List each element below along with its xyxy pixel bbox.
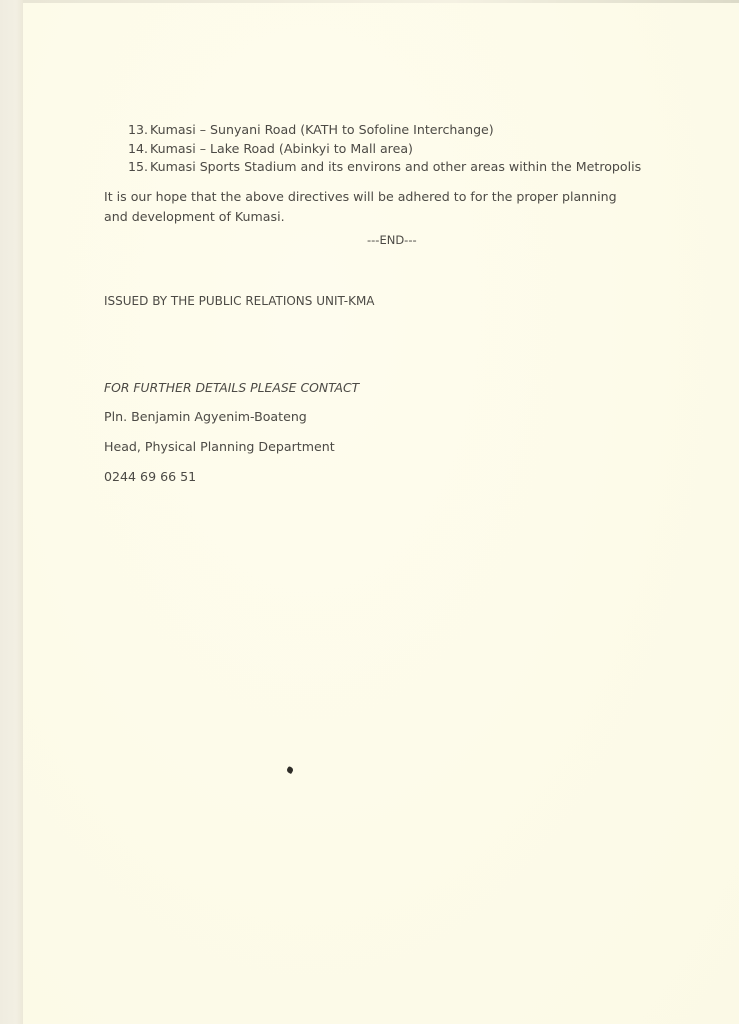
list-item-text: Kumasi – Sunyani Road (KATH to Sofoline … bbox=[150, 122, 494, 137]
contact-name: Pln. Benjamin Agyenim-Boateng bbox=[104, 409, 307, 424]
scan-margin-strip bbox=[0, 0, 23, 1024]
list-item-number: 13. bbox=[128, 121, 148, 140]
road-list: 13.Kumasi – Sunyani Road (KATH to Sofoli… bbox=[128, 121, 641, 177]
contact-title: Head, Physical Planning Department bbox=[104, 439, 335, 454]
contact-phone: 0244 69 66 51 bbox=[104, 469, 196, 484]
contact-heading: FOR FURTHER DETAILS PLEASE CONTACT bbox=[104, 380, 359, 395]
list-item: 14.Kumasi – Lake Road (Abinkyi to Mall a… bbox=[128, 140, 641, 159]
list-item: 15.Kumasi Sports Stadium and its environ… bbox=[128, 158, 641, 177]
list-item-number: 15. bbox=[128, 158, 148, 177]
list-item-text: Kumasi Sports Stadium and its environs a… bbox=[150, 159, 641, 174]
list-item-number: 14. bbox=[128, 140, 148, 159]
list-item: 13.Kumasi – Sunyani Road (KATH to Sofoli… bbox=[128, 121, 641, 140]
closing-paragraph-line: and development of Kumasi. bbox=[104, 207, 679, 227]
closing-paragraph: It is our hope that the above directives… bbox=[104, 187, 679, 226]
list-item-text: Kumasi – Lake Road (Abinkyi to Mall area… bbox=[150, 141, 413, 156]
end-marker: ---END--- bbox=[367, 233, 417, 247]
closing-paragraph-line: It is our hope that the above directives… bbox=[104, 187, 679, 207]
issued-by: ISSUED BY THE PUBLIC RELATIONS UNIT-KMA bbox=[104, 294, 375, 308]
